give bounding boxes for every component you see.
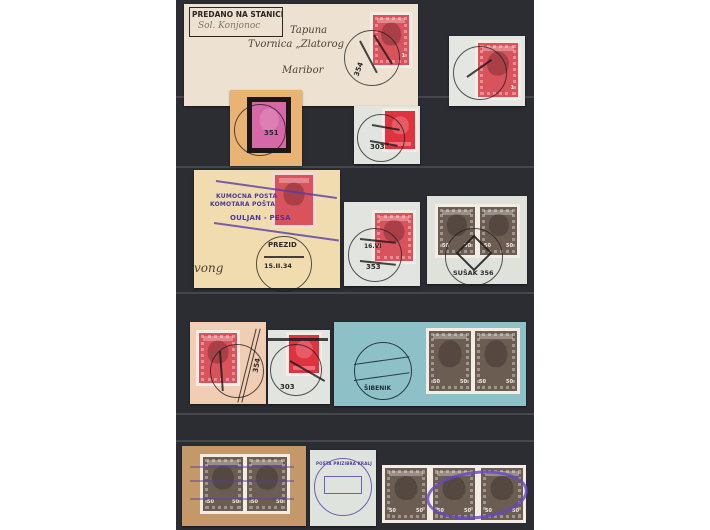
address-line-1: Tapuna [290,26,327,36]
postmark [348,228,402,282]
postmark-place: SUŠAK 356 [453,270,494,277]
stockbook-strip [176,440,534,442]
piece-red-1-dinar-353: 16.VI 353 [344,202,420,286]
piece-red-1-dinar-303-b: 303 [268,330,330,404]
stamp: 5050 [472,328,520,394]
stockbook-strip [176,166,534,168]
postmark-place: ŠIBENIK [364,386,391,392]
postmark-date: 15.II.34 [264,263,292,270]
piece-red-1-dinar-grey: 1 [449,36,525,106]
stamp: 5050 [244,454,290,514]
piece-brown-pair-susak: 5050 5050 SUŠAK 356 [427,196,527,284]
piece-travelling-post-office: KUMOCNA POSTA KOMOTARA POŠTA OULJAN - PE… [194,170,340,288]
piece-violet-royal-cachet: POŠTA PRIZIBRA KRALJ [310,450,376,526]
postmark-number: 353 [366,264,381,271]
postmark [357,114,405,162]
cachet-text: POŠTA PRIZIBRA KRALJ [316,462,372,466]
postmark-number: 303 [370,144,385,151]
piece-brown-pair-violet-cancel: 5050 5050 [182,446,306,526]
stockbook-page: PREDANO NA STANICI Sol. Konjonoc Tapuna … [176,0,534,530]
cachet-text: PREDANO NA STANICI [192,11,283,19]
piece-pink-black-border: 351 [230,90,302,166]
stockbook-strip [176,413,534,415]
piece-red-1-dinar-303: 303 [354,106,420,164]
postmark-date: 16.VI [364,244,382,250]
cachet-handwriting: Sol. Konjonoc [198,22,260,31]
address-line-2: Tvornica „Zlatorog [248,40,344,50]
cachet-date-box [324,476,362,494]
postmark-number: 303 [280,384,295,391]
cachet-line-1: KUMOCNA POSTA [216,194,277,200]
piece-brown-pair-sibenik: 5050 5050 ŠIBENIK [334,322,526,406]
strip-of-three-brown: 5050 5050 5050 [382,465,526,525]
postmark [453,46,507,100]
postmark-number: 351 [264,130,279,137]
stockbook-strip [176,292,534,294]
cachet-line-3: OULJAN - PESA [230,215,291,222]
handwriting: vong [194,262,223,274]
piece-red-1-dinar-354: 354 [190,322,266,404]
cachet-line-2: KOMOTARA POŠTA [210,202,275,208]
postmark-place: PREZID [268,242,297,249]
stamp: 5050 [382,465,430,523]
stamp: 5050 [200,454,246,514]
stamp: 5050 [426,328,474,394]
postmark [270,344,322,396]
address-line-3: Maribor [282,66,323,76]
postmark [344,30,400,86]
